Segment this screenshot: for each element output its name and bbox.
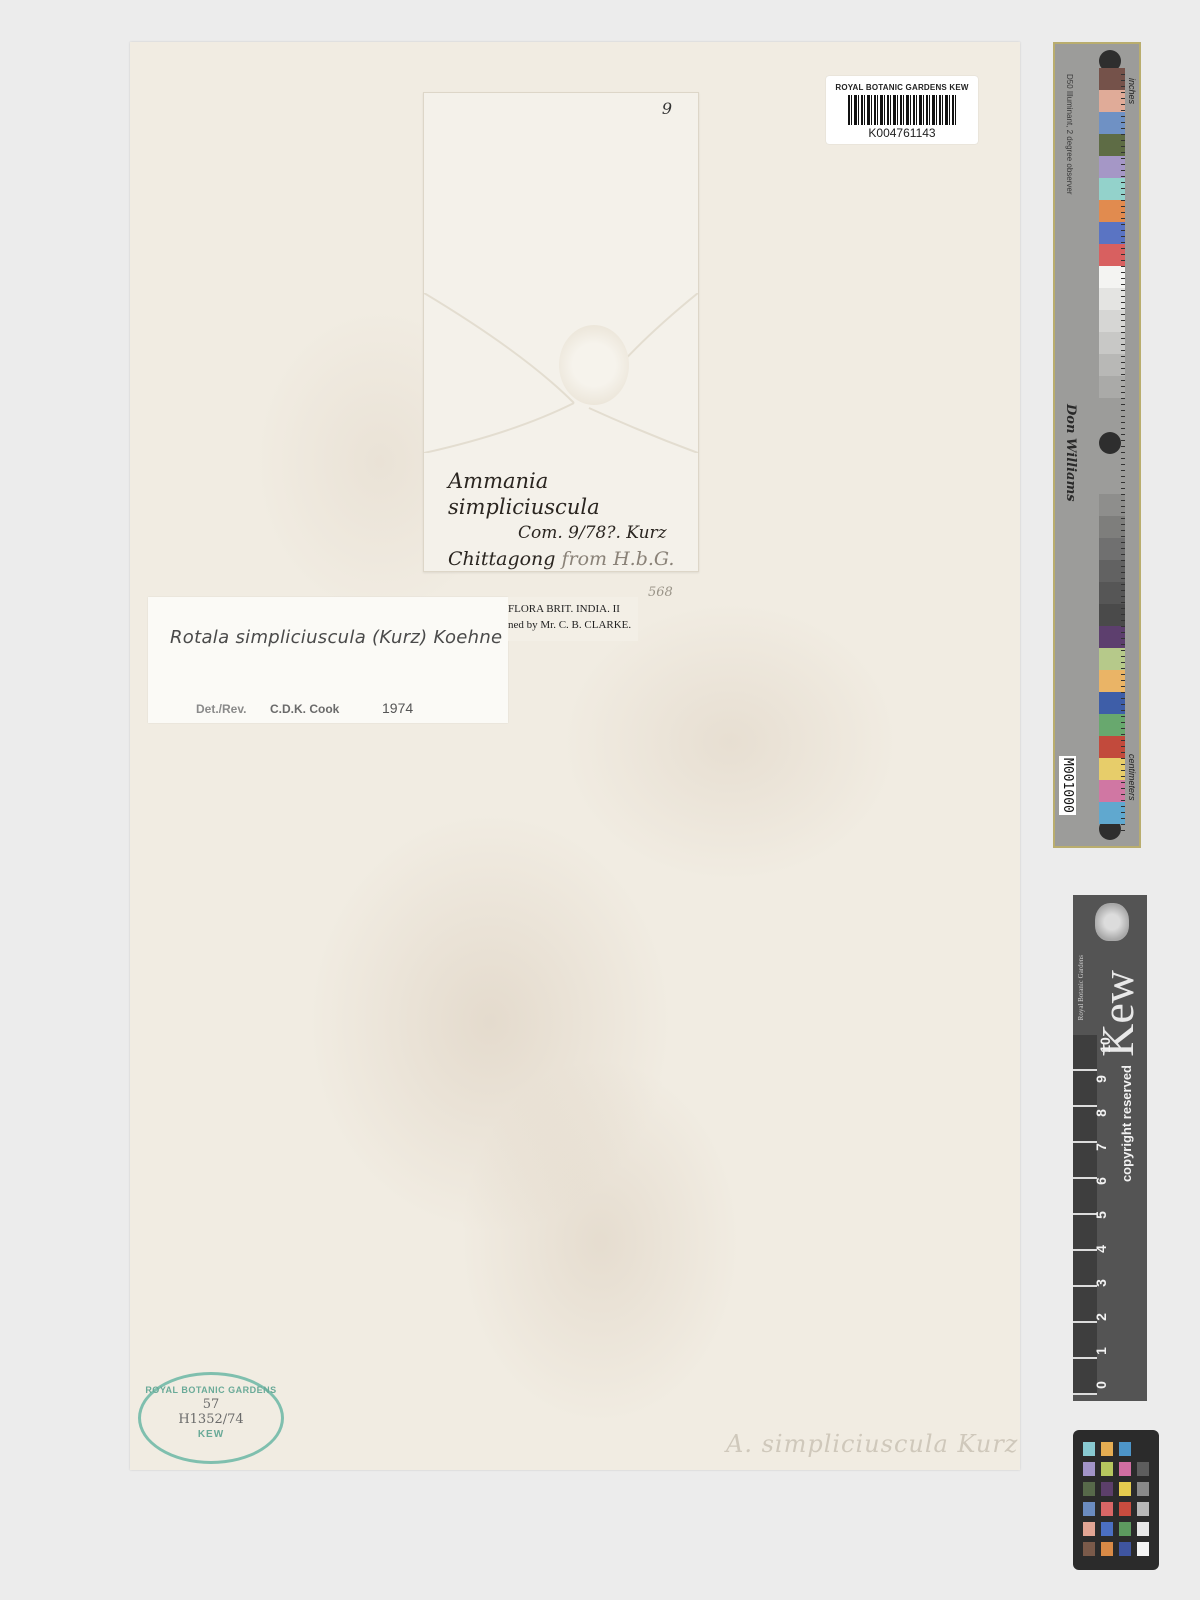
checker-cell bbox=[1101, 1462, 1113, 1476]
checker-cell bbox=[1101, 1502, 1113, 1516]
barcode-label: ROYAL BOTANIC GARDENS KEW K004761143 bbox=[826, 76, 978, 144]
scale-number: 8 bbox=[1093, 1109, 1109, 1117]
embossed-seal bbox=[559, 325, 629, 405]
scale-number: 2 bbox=[1093, 1313, 1109, 1321]
scale-number: 5 bbox=[1093, 1211, 1109, 1219]
determination-year: 1974 bbox=[382, 700, 413, 716]
ruler-brand: Don Williams bbox=[1063, 404, 1078, 502]
kew-crest-icon bbox=[1095, 903, 1129, 941]
determination-label: Rotala simpliciuscula (Kurz) Koehne Det.… bbox=[148, 597, 508, 723]
stamp-institution: ROYAL BOTANIC GARDENS bbox=[141, 1385, 281, 1395]
bottom-pencil-annotation: A. simpliciuscula Kurz bbox=[726, 1430, 1018, 1458]
scale-number: 6 bbox=[1093, 1177, 1109, 1185]
checker-cell bbox=[1101, 1542, 1113, 1556]
checker-cell bbox=[1083, 1442, 1095, 1456]
scale-number: 0 bbox=[1093, 1381, 1109, 1389]
ruler-hole-middle-icon bbox=[1099, 432, 1121, 454]
specimen-envelope: 9 Ammania simpliciuscula Com. 9/78?. Kur… bbox=[423, 92, 699, 572]
ruler-unit-inches: inches bbox=[1127, 78, 1137, 104]
checker-cell bbox=[1119, 1502, 1131, 1516]
ruler-ticks bbox=[1121, 74, 1125, 834]
scale-number: 1 bbox=[1093, 1347, 1109, 1355]
determiner-name: C.D.K. Cook bbox=[270, 702, 339, 716]
checker-cell bbox=[1137, 1542, 1149, 1556]
envelope-note-line1: Ammania simpliciuscula bbox=[448, 468, 688, 520]
checker-cell bbox=[1119, 1442, 1131, 1456]
kew-subtitle: Royal Botanic Gardens bbox=[1077, 955, 1085, 1020]
envelope-note-pencil: from H.b.G. bbox=[562, 548, 675, 570]
envelope-note-line2: Com. 9/78?. Kurz bbox=[448, 520, 688, 546]
scale-numbers: 109876543210 bbox=[1097, 1037, 1117, 1395]
checker-cell bbox=[1101, 1482, 1113, 1496]
envelope-handwritten-note: Ammania simpliciuscula Com. 9/78?. Kurz … bbox=[448, 468, 688, 572]
kew-scale-bar: Royal Botanic Gardens Kew 109876543210 c… bbox=[1073, 895, 1147, 1401]
checker-cell bbox=[1119, 1482, 1131, 1496]
herbarium-sheet: 9 Ammania simpliciuscula Com. 9/78?. Kur… bbox=[130, 42, 1020, 1470]
flora-label-line2: ned by Mr. C. B. CLARKE. bbox=[508, 617, 638, 633]
herbarium-stamp: ROYAL BOTANIC GARDENS 57 H1352/74 KEW bbox=[138, 1372, 284, 1464]
checker-cell bbox=[1137, 1442, 1149, 1456]
stamp-location: KEW bbox=[141, 1429, 281, 1440]
checker-cell bbox=[1083, 1502, 1095, 1516]
checker-cell bbox=[1137, 1502, 1149, 1516]
copyright-notice: copyright reserved bbox=[1119, 1065, 1134, 1182]
scale-number: 4 bbox=[1093, 1245, 1109, 1253]
taxon-name: Rotala simpliciuscula (Kurz) Koehne bbox=[170, 627, 502, 648]
flora-label-line1: FLORA BRIT. INDIA. II bbox=[508, 601, 638, 617]
scale-number: 3 bbox=[1093, 1279, 1109, 1287]
color-checker-card bbox=[1073, 1430, 1159, 1570]
flora-page-note: 568 bbox=[648, 585, 673, 600]
checker-cell bbox=[1083, 1542, 1095, 1556]
ruler-unit-centimeters: centimeters bbox=[1127, 754, 1137, 801]
checker-cell bbox=[1101, 1522, 1113, 1536]
barcode-number: K004761143 bbox=[826, 126, 978, 140]
envelope-corner-mark: 9 bbox=[662, 99, 672, 118]
checker-cell bbox=[1083, 1482, 1095, 1496]
checker-cell bbox=[1101, 1442, 1113, 1456]
det-prefix: Det./Rev. bbox=[196, 702, 246, 716]
checker-cell bbox=[1119, 1462, 1131, 1476]
envelope-note-locality: Chittagong bbox=[448, 548, 555, 570]
checker-cell bbox=[1119, 1542, 1131, 1556]
checker-cell bbox=[1083, 1522, 1095, 1536]
checker-cell bbox=[1083, 1462, 1095, 1476]
checker-cell bbox=[1137, 1482, 1149, 1496]
color-ruler: D50 Illuminant, 2 degree observer Don Wi… bbox=[1053, 42, 1141, 848]
scale-number: 10 bbox=[1097, 1037, 1113, 1053]
flora-label: FLORA BRIT. INDIA. II ned by Mr. C. B. C… bbox=[508, 597, 638, 641]
color-checker-grid bbox=[1083, 1442, 1149, 1556]
scale-number: 7 bbox=[1093, 1143, 1109, 1151]
ruler-id: M001000 bbox=[1059, 756, 1076, 815]
scale-number: 9 bbox=[1093, 1075, 1109, 1083]
checker-cell bbox=[1119, 1522, 1131, 1536]
stamp-number-1: 57 bbox=[141, 1397, 281, 1412]
envelope-note-line3: Chittagong from H.b.G. bbox=[448, 546, 688, 572]
barcode-icon bbox=[848, 95, 956, 125]
checker-cell bbox=[1137, 1462, 1149, 1476]
stamp-number-2: H1352/74 bbox=[141, 1412, 281, 1427]
ruler-illuminant-text: D50 Illuminant, 2 degree observer bbox=[1065, 74, 1074, 195]
checker-cell bbox=[1137, 1522, 1149, 1536]
barcode-institution: ROYAL BOTANIC GARDENS KEW bbox=[826, 83, 978, 92]
